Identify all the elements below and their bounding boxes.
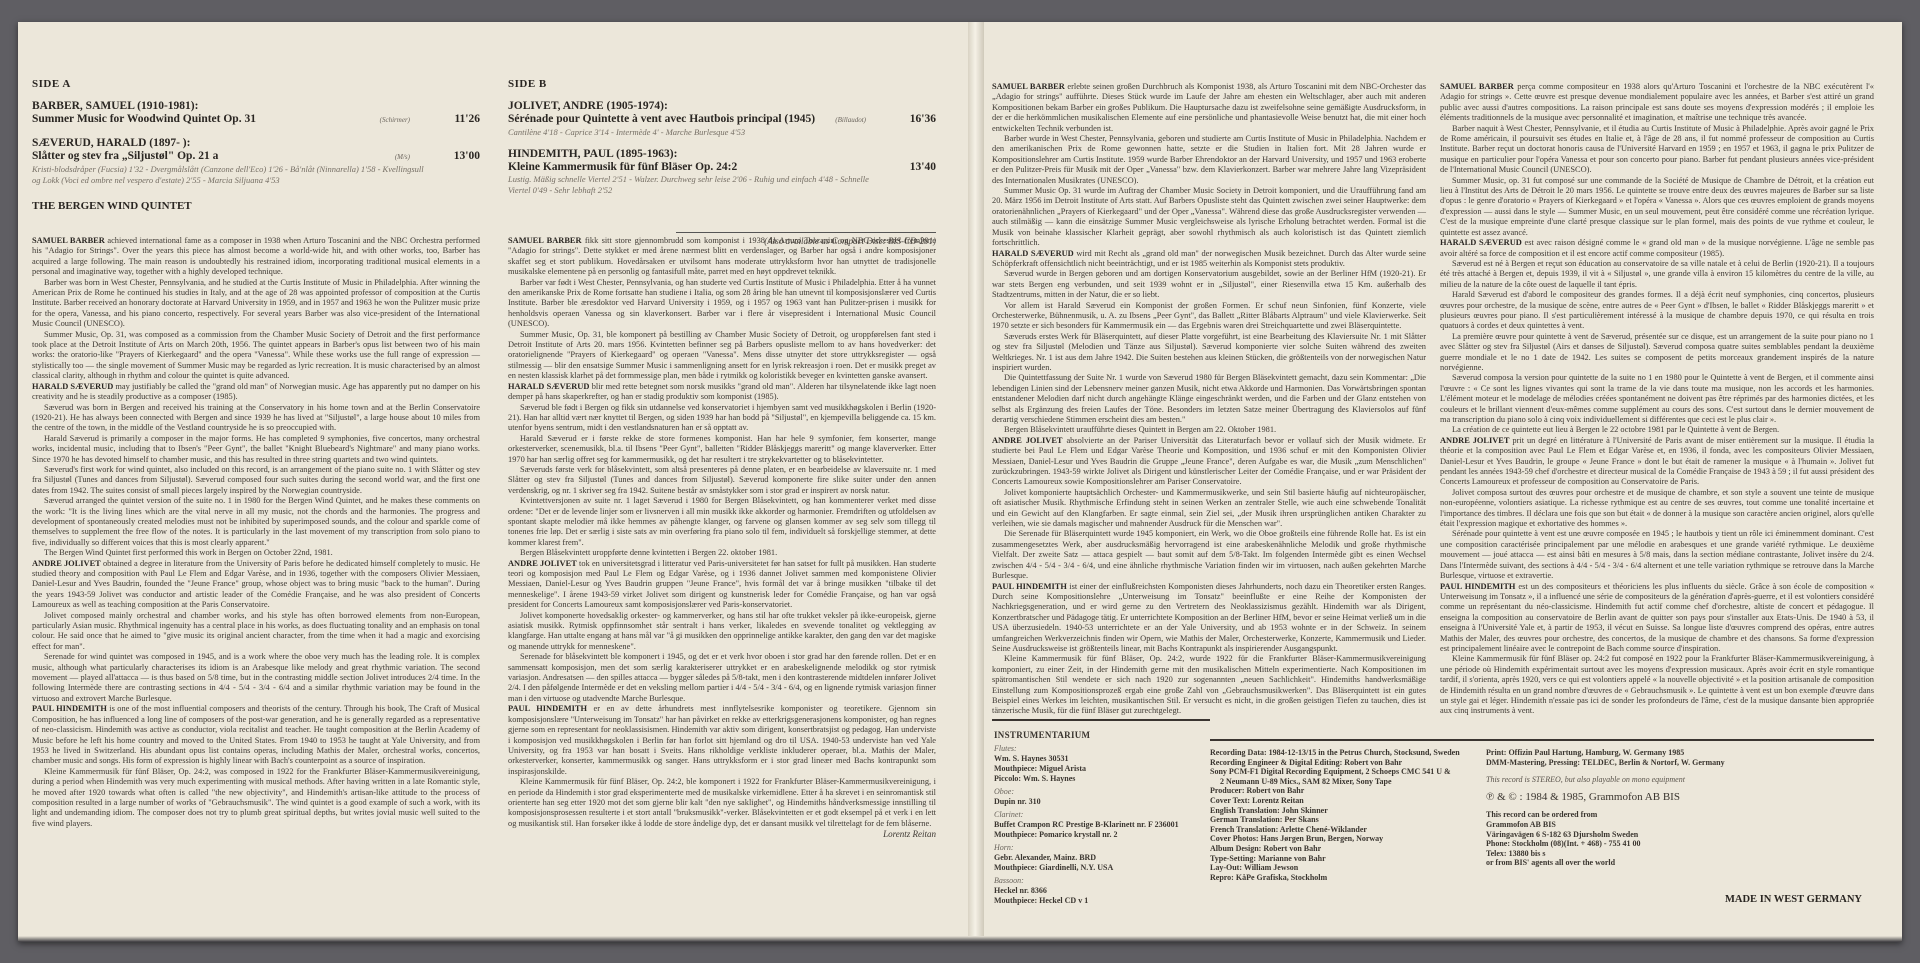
paragraph: Summer Music, Op. 31, was composed as a … [32, 330, 480, 382]
order-line: Väringavägen 6 S-182 63 Djursholm Sweden [1486, 830, 1876, 840]
norwegian-notes: SAMUEL BARBER fikk sitt store gjennombru… [508, 236, 936, 840]
paragraph: Jolivet composa surtout des œuvres pour … [1440, 488, 1874, 530]
paragraph: Barber wurde in West Chester, Pennsylvan… [992, 134, 1426, 186]
paragraph: PAUL HINDEMITH ist einer der einflußreic… [992, 582, 1426, 655]
duration: 13'40 [896, 161, 936, 174]
paragraph: Summer Music, op. 31 fut composé sur une… [1440, 176, 1874, 238]
ensemble-name: THE BERGEN WIND QUINTET [32, 200, 480, 212]
album-sleeve-spread: SIDE A BARBER, SAMUEL (1910-1981):Summer… [18, 22, 1902, 942]
composer-name: SÆVERUD, HARALD (1897- ): [32, 137, 480, 150]
track-entry: JOLIVET, ANDRE (1905-1974):Sérénade pour… [508, 100, 936, 138]
track-entry: BARBER, SAMUEL (1910-1981):Summer Music … [32, 100, 480, 127]
paragraph: HARALD SÆVERUD may justifiably be called… [32, 382, 480, 403]
duration: 16'36 [896, 113, 936, 126]
print-line: DMM-Mastering, Pressing: TELDEC, Berlin … [1486, 758, 1876, 768]
paragraph: ANDRE JOLIVET tok en universitetsgrad i … [508, 559, 936, 611]
paragraph: ANDRE JOLIVET obtained a degree in liter… [32, 559, 480, 611]
work-title: Kleine Kammermusik für fünf Bläser Op. 2… [508, 161, 737, 174]
paragraph: Sæverud composa la version pour quintett… [1440, 373, 1874, 425]
credit-line: Type-Setting: Marianne von Bahr [1210, 854, 1460, 864]
track-entry: HINDEMITH, PAUL (1895-1963):Kleine Kamme… [508, 148, 936, 196]
composer-lead: ANDRE JOLIVET [32, 559, 101, 568]
credit-line: English Translation: John Skinner [1210, 806, 1460, 816]
paragraph: Vor allem ist Harald Sæverud ein Komponi… [992, 301, 1426, 332]
instrument-category: Clarinet: [994, 810, 1204, 820]
instrument-detail: Piccolo: Wm. S. Haynes [994, 774, 1204, 784]
paragraph: Sæveruds erstes Werk für Bläserquintett,… [992, 332, 1426, 374]
made-in-label: MADE IN WEST GERMANY [1725, 894, 1862, 905]
paragraph: Jolivet composed mainly orchestral and c… [32, 611, 480, 653]
composer-lead: PAUL HINDEMITH [32, 704, 107, 713]
movement-list: Cantilène 4'18 - Caprice 3'14 - Intermèd… [508, 127, 885, 138]
composer-lead: SAMUEL BARBER [508, 236, 582, 245]
instrument-detail: Wm. S. Haynes 30531 [994, 754, 1204, 764]
stereo-note: This record is STEREO, but also playable… [1486, 775, 1876, 785]
instrument-category: Flutes: [994, 744, 1204, 754]
instrument-category: Bassoon: [994, 876, 1204, 886]
composer-lead: HARALD SÆVERUD [32, 382, 113, 391]
production-info: Print: Offizin Paul Hartung, Hamburg, W.… [1486, 748, 1876, 868]
paragraph: PAUL HINDEMITH est un des compositeurs e… [1440, 582, 1874, 655]
paragraph: Kleine Kammermusik für fünf Bläser op. 2… [1440, 654, 1874, 716]
paragraph: Sæverud's first work for wind quintet, a… [32, 465, 480, 496]
paragraph: PAUL HINDEMITH is one of the most influe… [32, 704, 480, 766]
composer-lead: HARALD SÆVERUD [508, 382, 589, 391]
paragraph: Harald Sæverud is primarily a composer i… [32, 434, 480, 465]
print-line: Print: Offizin Paul Hartung, Hamburg, W.… [1486, 748, 1876, 758]
french-notes: SAMUEL BARBER perça comme compositeur en… [1440, 82, 1874, 717]
work-title: Slåtter og stev fra „Siljustøl" Op. 21 a [32, 150, 218, 163]
paragraph: Sæveruds første verk for blåsekvintett, … [508, 465, 936, 496]
instrument-detail: Gebr. Alexander, Mainz. BRD [994, 853, 1204, 863]
order-line: This record can be ordered from [1486, 810, 1876, 820]
paragraph: Sæverud ble født i Bergen og fikk sin ut… [508, 403, 936, 434]
paragraph: Harald Sæverud er i første rekke de stor… [508, 434, 936, 465]
credit-line: Producer: Robert von Bahr [1210, 786, 1460, 796]
credit-line: Cover Photos: Hans Jørgen Brun, Bergen, … [1210, 834, 1460, 844]
instrument-detail: Mouthpiece: Miguel Arista [994, 764, 1204, 774]
paragraph: SAMUEL BARBER erlebte seinen großen Durc… [992, 82, 1426, 134]
composer-lead: PAUL HINDEMITH [508, 704, 587, 713]
paragraph: Barber was born in West Chester, Pennsyl… [32, 278, 480, 330]
left-page: SIDE A BARBER, SAMUEL (1910-1981):Summer… [18, 22, 968, 942]
side-b-label: SIDE B [508, 78, 936, 90]
paragraph: HARALD SÆVERUD blir med rette betegnet s… [508, 382, 936, 403]
recording-credits: Recording Data: 1984-12-13/15 in the Pet… [1210, 748, 1460, 882]
instrument-detail: Buffet Crampon RC Prestige B-Klarinett n… [994, 820, 1204, 830]
paragraph: PAUL HINDEMITH er en av dette århundrets… [508, 704, 936, 777]
composer-lead: ANDRE JOLIVET [992, 436, 1063, 445]
sleeve-spine [968, 22, 984, 942]
composer-lead: HARALD SÆVERUD [992, 249, 1074, 258]
instrument-category: Oboe: [994, 787, 1204, 797]
paragraph: Bergen Blåsekvintett uroppførte denne kv… [508, 548, 936, 558]
publisher: (Billaudot) [835, 114, 866, 127]
composer-name: BARBER, SAMUEL (1910-1981): [32, 100, 480, 113]
order-line: or from BIS' agents all over the world [1486, 858, 1876, 868]
paragraph: Sæverud est né à Bergen et reçut son édu… [1440, 259, 1874, 290]
composer-name: HINDEMITH, PAUL (1895-1963): [508, 148, 936, 161]
paragraph: Serenade for wind quintet was composed i… [32, 652, 480, 704]
paragraph: SAMUEL BARBER perça comme compositeur en… [1440, 82, 1874, 124]
paragraph: Jolivet komponierte hauptsächlich Orches… [992, 488, 1426, 530]
paragraph: SAMUEL BARBER fikk sitt store gjennombru… [508, 236, 936, 278]
composer-lead: PAUL HINDEMITH [1440, 582, 1515, 591]
paragraph: Sæverud arranged the quintet version of … [32, 496, 480, 548]
credit-line: Cover Text: Lorentz Reitan [1210, 796, 1460, 806]
composer-lead: PAUL HINDEMITH [992, 582, 1067, 591]
paragraph: SAMUEL BARBER achieved international fam… [32, 236, 480, 278]
movement-list: Lustig. Mäßig schnelle Viertel 2'51 - Wa… [508, 174, 885, 196]
credit-line: Recording Data: 1984-12-13/15 in the Pet… [1210, 748, 1460, 758]
credits-rule [1210, 739, 1874, 741]
composer-lead: SAMUEL BARBER [992, 82, 1065, 91]
instrument-detail: Dupin nr. 310 [994, 797, 1204, 807]
work-title: Sérénade pour Quintette à vent avec Haut… [508, 113, 815, 126]
copyright-notice: ℗ & © : 1984 & 1985, Grammofon AB BIS [1486, 793, 1876, 803]
paragraph: Kvintettversjonen av suite nr. 1 laget S… [508, 496, 936, 548]
instrumentarium-heading: INSTRUMENTARIUM [994, 730, 1204, 740]
order-line: Grammofon AB BIS [1486, 820, 1876, 830]
paragraph: Sæverud was born in Bergen and received … [32, 403, 480, 434]
paragraph: Sérénade pour quintette à vent est une œ… [1440, 529, 1874, 581]
paragraph: Kleine Kammermusik für fünf Bläser, Op. … [508, 777, 936, 829]
instrument-category: Horn: [994, 843, 1204, 853]
track-entry: SÆVERUD, HARALD (1897- ):Slåtter og stev… [32, 137, 480, 186]
publisher: (M/s) [395, 151, 410, 164]
duration: 11'26 [440, 113, 480, 126]
instrument-detail: Mouthpiece: Heckel CD v 1 [994, 896, 1204, 906]
paragraph: Serenade for blåsekvintett ble komponert… [508, 652, 936, 704]
composer-name: JOLIVET, ANDRE (1905-1974): [508, 100, 936, 113]
composer-lead: SAMUEL BARBER [1440, 82, 1514, 91]
paragraph: Jolivet komponerte hovedsaklig orkester-… [508, 611, 936, 653]
composer-lead: HARALD SÆVERUD [1440, 238, 1522, 247]
credit-line: Lay-Out: William Jewson [1210, 863, 1460, 873]
paragraph: Die Serenade für Bläserquintett wurde 19… [992, 529, 1426, 581]
side-a-label: SIDE A [32, 78, 480, 90]
movement-list: Kristi-blodsdråper (Fucsia) 1'32 - Dverg… [32, 164, 426, 186]
instrumentarium: INSTRUMENTARIUM Flutes:Wm. S. Haynes 305… [994, 730, 1204, 906]
paragraph: La première œuvre pour quintette à vent … [1440, 332, 1874, 374]
paragraph: Kleine Kammermusik für fünf Bläser, Op. … [992, 654, 1426, 716]
credit-line: French Translation: Arlette Chené-Wiklan… [1210, 825, 1460, 835]
paragraph: The Bergen Wind Quintet first performed … [32, 548, 480, 558]
english-notes: SAMUEL BARBER achieved international fam… [32, 236, 480, 829]
paragraph: Kleine Kammermusik für fünf Bläser, Op. … [32, 767, 480, 829]
paragraph: ANDRE JOLIVET absolvierte an der Pariser… [992, 436, 1426, 488]
work-row: Summer Music for Woodwind Quintet Op. 31… [32, 113, 480, 127]
paragraph: La création de ce quintette eut lieu à B… [1440, 425, 1874, 435]
composer-lead: ANDRE JOLIVET [508, 559, 577, 568]
author-signature: Lorentz Reitan [508, 829, 936, 839]
paragraph: Harald Sæverud est d'abord le compositeu… [1440, 290, 1874, 332]
composer-lead: ANDRE JOLIVET [1440, 436, 1509, 445]
paragraph: Sæverud wurde in Bergen geboren und am d… [992, 269, 1426, 300]
credit-line: 2 Neumann U-89 Mics., SAM 82 Mixer, Sony… [1210, 777, 1460, 787]
instrument-detail: Mouthpiece: Giardinelli, N.Y. USA [994, 863, 1204, 873]
paragraph: HARALD SÆVERUD wird mit Recht als „grand… [992, 249, 1426, 270]
paragraph: Summer Music Op. 31 wurde im Auftrag der… [992, 186, 1426, 248]
right-page: SAMUEL BARBER erlebte seinen großen Durc… [984, 22, 1902, 942]
work-row: Slåtter og stev fra „Siljustøl" Op. 21 a… [32, 150, 480, 164]
paragraph: Bergen Blåsekvintett uraufführte dieses … [992, 425, 1426, 435]
composer-lead: SAMUEL BARBER [32, 236, 105, 245]
paragraph: HARALD SÆVERUD est avec raison désigné c… [1440, 238, 1874, 259]
paragraph: Barber var født i West Chester, Pennsylv… [508, 278, 936, 330]
work-row: Sérénade pour Quintette à vent avec Haut… [508, 113, 936, 127]
instrument-detail: Heckel nr. 8366 [994, 886, 1204, 896]
paragraph: Die Quintettfassung der Suite Nr. 1 wurd… [992, 373, 1426, 425]
publisher: (Schirmer) [380, 114, 410, 127]
instrument-detail: Mouthpiece: Pomarico krystall nr. 2 [994, 830, 1204, 840]
paragraph: ANDRE JOLIVET prit un degré en littératu… [1440, 436, 1874, 488]
side-b-tracklist: SIDE B JOLIVET, ANDRE (1905-1974):Séréna… [508, 78, 936, 246]
credit-line: Recording Engineer & Digital Editing: Ro… [1210, 758, 1460, 768]
side-a-tracklist: SIDE A BARBER, SAMUEL (1910-1981):Summer… [32, 78, 480, 212]
paragraph: Barber naquit à West Chester, Pennsylvan… [1440, 124, 1874, 176]
german-notes: SAMUEL BARBER erlebte seinen großen Durc… [992, 82, 1426, 717]
order-line: Phone: Stockholm (08)(Int. + 468) - 755 … [1486, 839, 1876, 849]
instrumentarium-rule [992, 719, 1210, 721]
credit-line: Album Design: Robert von Bahr [1210, 844, 1460, 854]
credit-line: Repro: KåPe Grafiska, Stockholm [1210, 873, 1460, 883]
paragraph: Summer Music, Op. 31, ble komponert på b… [508, 330, 936, 382]
credit-line: Sony PCM-F1 Digital Recording Equipment,… [1210, 767, 1460, 777]
work-title: Summer Music for Woodwind Quintet Op. 31 [32, 113, 256, 126]
credit-line: German Translation: Per Skans [1210, 815, 1460, 825]
page-bottom-edge [18, 936, 1902, 942]
order-line: Telex: 13880 bis s [1486, 849, 1876, 859]
work-row: Kleine Kammermusik für fünf Bläser Op. 2… [508, 161, 936, 174]
duration: 13'00 [440, 150, 480, 163]
